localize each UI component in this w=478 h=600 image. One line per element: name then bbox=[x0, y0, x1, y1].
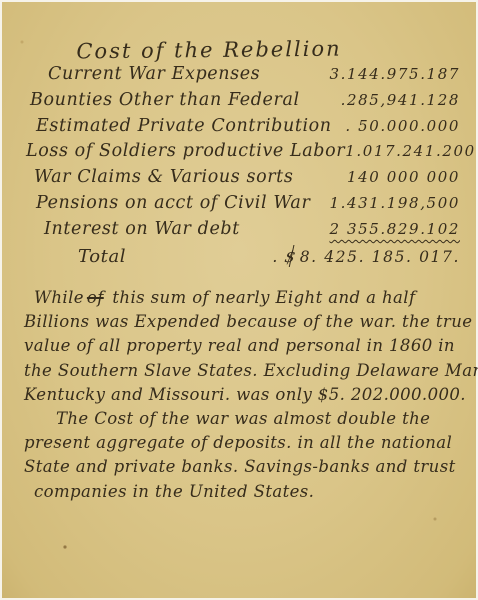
ledger-row-value: 3.144.975.187 bbox=[329, 65, 460, 83]
total-prefix-mark: . bbox=[272, 248, 279, 266]
text-line: value of all property real and personal … bbox=[24, 336, 464, 360]
ledger-row-value: 140 000 000 bbox=[347, 168, 460, 186]
photograph-frame: Cost of the Rebellion Current War Expens… bbox=[0, 0, 478, 600]
ledger-row-value: 1.017.241.200 bbox=[345, 142, 476, 160]
commentary-text: Whileof this sum of nearly Eight and a h… bbox=[24, 288, 464, 506]
ledger-total-value: .$8. 425. 185. 017. bbox=[272, 247, 460, 266]
ledger-row-label: Pensions on acct of Civil War bbox=[26, 193, 310, 213]
ledger-row: Current War Expenses 3.144.975.187 bbox=[26, 64, 460, 90]
ledger-row-label: Bounties Other than Federal bbox=[26, 90, 300, 110]
text-line: Billions was Expended because of the war… bbox=[24, 312, 464, 336]
ledger-row: Estimated Private Contribution . 50.000.… bbox=[26, 116, 460, 142]
text-line: present aggregate of deposits. in all th… bbox=[24, 433, 464, 457]
ledger-row-label: Current War Expenses bbox=[26, 64, 260, 84]
ledger-row: Loss of Soldiers productive Labor 1.017.… bbox=[26, 141, 460, 167]
text-line: The Cost of the war was almost double th… bbox=[24, 409, 464, 433]
expense-ledger: Current War Expenses 3.144.975.187 Bount… bbox=[26, 64, 460, 271]
text-line: the Southern Slave States. Excluding Del… bbox=[24, 361, 464, 385]
ledger-row-label: Interest on War debt bbox=[26, 219, 240, 239]
ledger-row-value: . 50.000.000 bbox=[345, 117, 460, 135]
ledger-row-label: War Claims & Various sorts bbox=[26, 167, 293, 187]
ledger-row-label: Loss of Soldiers productive Labor bbox=[26, 141, 345, 161]
dollar-sign-icon: $ bbox=[283, 247, 299, 266]
text-line: Whileof this sum of nearly Eight and a h… bbox=[24, 288, 464, 312]
text-line: State and private banks. Savings-banks a… bbox=[24, 457, 464, 481]
line1-pre: While bbox=[34, 288, 84, 307]
document-title: Cost of the Rebellion bbox=[2, 36, 416, 64]
ledger-total-row: Total .$8. 425. 185. 017. bbox=[26, 246, 460, 272]
ledger-row: Pensions on acct of Civil War 1.431.198,… bbox=[26, 193, 460, 219]
ledger-total-label: Total bbox=[26, 246, 126, 267]
line1-post: this sum of nearly Eight and a half bbox=[107, 288, 416, 307]
struck-out-word: of bbox=[84, 288, 107, 307]
text-line: companies in the United States. bbox=[24, 482, 464, 506]
ledger-row: Bounties Other than Federal .285,941.128 bbox=[26, 90, 460, 116]
ledger-row-label: Estimated Private Contribution bbox=[26, 116, 332, 136]
ledger-row: War Claims & Various sorts 140 000 000 bbox=[26, 167, 460, 193]
ledger-row-value-underlined: 2 355.829.102 bbox=[329, 220, 460, 238]
ledger-row-value: .285,941.128 bbox=[341, 91, 460, 109]
ledger-row-subtotal: Interest on War debt 2 355.829.102 bbox=[26, 219, 460, 245]
document-page: Cost of the Rebellion Current War Expens… bbox=[2, 2, 476, 598]
total-amount: 8. 425. 185. 017. bbox=[300, 248, 460, 266]
ledger-row-value: 1.431.198,500 bbox=[329, 194, 460, 212]
text-line: Kentucky and Missouri. was only $5. 202.… bbox=[24, 385, 464, 409]
